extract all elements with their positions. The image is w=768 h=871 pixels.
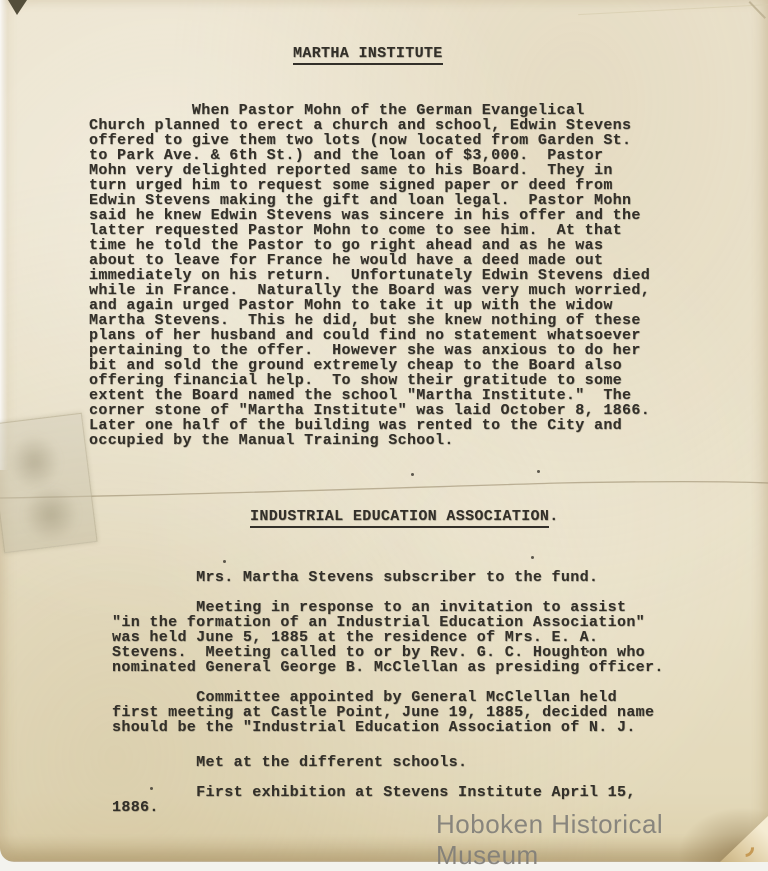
document-page: MARTHA INSTITUTE When Pastor Mohn of the… bbox=[0, 0, 768, 862]
section-title-period: . bbox=[549, 508, 558, 525]
scanned-document: MARTHA INSTITUTE When Pastor Mohn of the… bbox=[0, 0, 768, 871]
tape-residue bbox=[0, 413, 98, 553]
iea-paragraph-subscriber: Mrs. Martha Stevens subscriber to the fu… bbox=[112, 570, 598, 585]
tape-stain bbox=[20, 483, 82, 545]
ink-speck bbox=[411, 473, 414, 476]
iea-paragraph-meeting: Meeting in response to an invitation to … bbox=[112, 600, 664, 675]
martha-institute-paragraph: When Pastor Mohn of the German Evangelic… bbox=[89, 103, 650, 448]
section-title-text: INDUSTRIAL EDUCATION ASSOCIATION bbox=[250, 508, 549, 528]
iea-paragraph-committee: Committee appointed by General McClellan… bbox=[112, 690, 654, 735]
torn-left-edge bbox=[0, 0, 8, 470]
tape-stain bbox=[5, 431, 63, 493]
watermark: Hoboken Historical Museum bbox=[436, 809, 768, 871]
top-edge-line bbox=[578, 4, 768, 15]
section-title-text: MARTHA INSTITUTE bbox=[293, 45, 443, 65]
ink-speck bbox=[537, 470, 540, 473]
iea-paragraph-schools: Met at the different schools. bbox=[112, 755, 467, 770]
ink-speck bbox=[531, 556, 534, 559]
section-title-industrial-education: INDUSTRIAL EDUCATION ASSOCIATION. bbox=[250, 509, 559, 524]
ink-speck bbox=[223, 560, 226, 563]
section-title-martha-institute: MARTHA INSTITUTE bbox=[293, 46, 443, 61]
ink-speck bbox=[586, 650, 589, 653]
ink-speck bbox=[150, 787, 153, 790]
